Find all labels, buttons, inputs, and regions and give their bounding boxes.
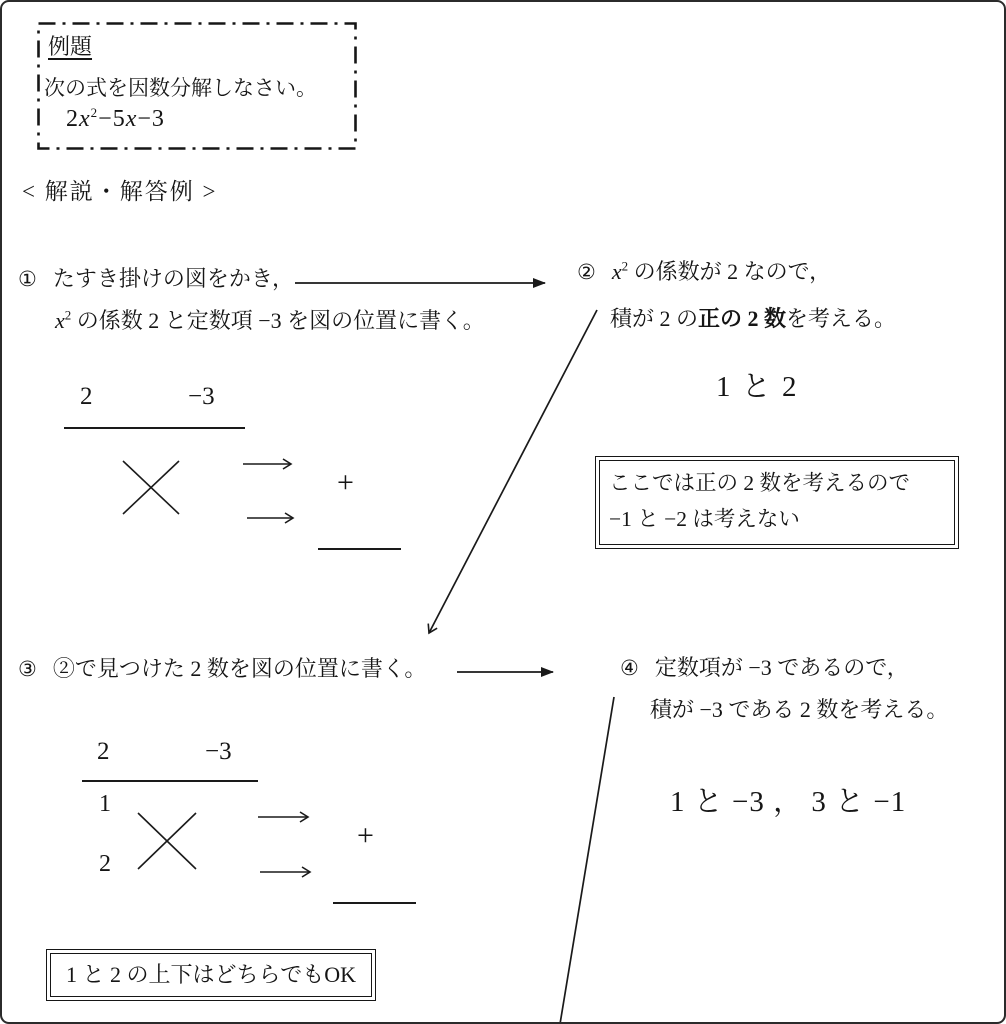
step1-line2: x2 の係数 2 と定数項 −3 を図の位置に書く。 [55,307,485,335]
step3-number: ③ [18,657,37,681]
note-positive-pair-box: ここでは正の 2 数を考えるので −1 と −2 は考えない [599,460,955,545]
step2-line2-post: を考える。 [786,306,896,331]
step2-line1: ②x2 の係数が 2 なので， [577,258,831,286]
step4-line2: 積が −3 である 2 数を考える。 [650,696,948,724]
step2-line2-emphasis: 正の 2 数 [698,306,786,331]
worksheet-page: 例題 次の式を因数分解しなさい。 2x2−5x−3 < 解説・解答例 > ①たす… [0,0,1006,1024]
step1-text: たすき掛けの図をかき， [53,266,294,291]
step4-line1-text: 定数項が −3 であるので， [655,655,909,680]
line-step4-down [560,697,614,1024]
formula-middle-term: −5 [98,106,126,132]
step1-number: ① [18,267,37,291]
diagram2-cross-b [138,813,196,869]
diagram1-cross-a [123,461,179,514]
arrow-step2-to-step3 [429,310,597,633]
diagram2-plus-sign: + [357,819,374,853]
step2-line2: 積が 2 の正の 2 数を考える。 [610,305,896,333]
example-prompt: 次の式を因数分解しなさい。 [44,72,317,102]
diagram2-coefficient: 2 [97,738,110,766]
diagram2-factor-top: 1 [99,791,111,818]
step2-var: x [612,259,622,284]
formula-coefficient: 2 [66,106,79,132]
note-positive-line1: ここでは正の 2 数を考えるので [609,465,945,501]
step2-answer: 1 と 2 [716,364,799,405]
step1-line1: ①たすき掛けの図をかき， [18,265,294,293]
diagram2-cross-a [138,813,196,869]
diagram1-constant: −3 [188,383,215,411]
note-order-text: 1 と 2 の上下はどちらでもOK [66,958,356,989]
note-order-box: 1 と 2 の上下はどちらでもOK [50,953,372,997]
step4-line1: ④定数項が −3 であるので， [620,654,909,682]
step2-line1-text: の係数が 2 なので， [628,259,831,284]
step4-answer: 1 と −3 ， 3 と −1 [670,779,906,820]
diagram2-constant: −3 [205,738,232,766]
diagram1-plus-sign: + [337,466,354,500]
diagram1-coefficient: 2 [80,383,93,411]
step4-number: ④ [620,656,639,680]
step3-text: ②で見つけた 2 数を図の位置に書く。 [53,656,427,681]
step1-line2-text: の係数 2 と定数項 −3 を図の位置に書く。 [71,308,484,333]
diagram2-factor-bottom: 2 [99,851,111,878]
formula-variable: x [79,106,91,132]
step2-line2-pre: 積が 2 の [610,306,698,331]
section-heading: < 解説・解答例 > [22,178,217,207]
step2-number: ② [577,260,596,284]
diagram1-cross-b [123,461,179,514]
step3-line1: ③②で見つけた 2 数を図の位置に書く。 [18,655,426,683]
step-connectors [295,283,614,1024]
formula-variable-2: x [126,106,138,132]
step1-var: x [55,308,65,333]
note-positive-line2: −1 と −2 は考えない [609,501,945,537]
example-formula: 2x2−5x−3 [66,106,165,133]
formula-constant-term: −3 [137,106,165,132]
example-label: 例題 [48,30,92,61]
